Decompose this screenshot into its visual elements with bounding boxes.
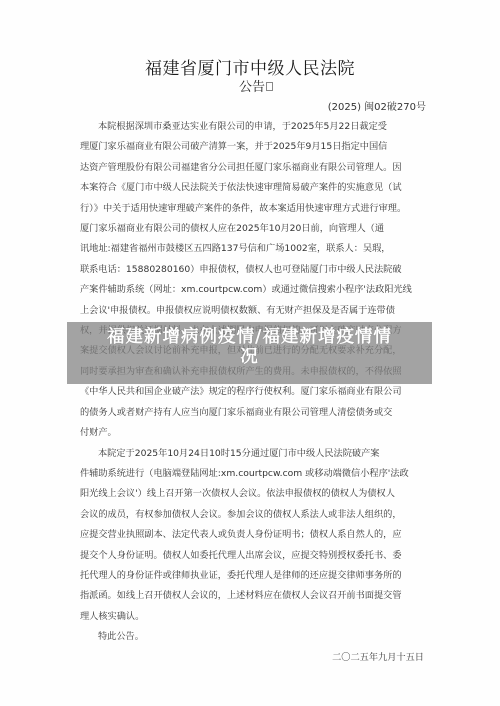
body-line: 上会议'申报债权。申报债权应说明债权数额、有无财产担保及是否属于连带债 [80, 301, 430, 321]
body-line: 厦门家乐福商业有限公司的债权人应在2025年10月20日前，向管理人（通 [80, 219, 430, 239]
headline-overlay: 福建新增病例疫情/福建新增疫情情 况 [67, 322, 432, 367]
notice-body: 本院根据深圳市桑亚达实业有限公司的申请，于2025年5月22日裁定受 理厦门家乐… [80, 117, 430, 668]
case-number: (2025) 闽02破270号 [328, 101, 426, 115]
body-line: 应提交营业执照副本、法定代表人或负责人身份证明书；债权人系自然人的，应 [80, 525, 430, 545]
court-name: 福建省厦门市中级人民法院 [0, 58, 500, 80]
body-line: 《中华人民共和国企业破产法》规定的程序行使权利。厦门家乐福商业有限公司 [80, 382, 430, 402]
headline-line-2: 况 [67, 347, 432, 367]
notice-title: 公告 [0, 80, 500, 96]
body-line: 理人核实确认。 [80, 607, 430, 627]
body-line: 托代理人的身份证件或律师执业证，委托代理人是律师的还应提交律师事务所的 [80, 566, 430, 586]
body-line: 付财产。 [80, 423, 430, 443]
body-line: 联系电话：15880280160）申报债权，债权人也可登陆厦门市中级人民法院破 [80, 260, 430, 280]
issue-date: 二〇二五年九月十五日 [80, 648, 430, 668]
body-line: 理厦门家乐福商业有限公司破产清算一案，并于2025年9月15日指定中国信 [80, 137, 430, 157]
body-line: 本案符合《厦门市中级人民法院关于依法快速审理简易破产案件的实施意见（试 [80, 178, 430, 198]
headline-line-1: 福建新增病例疫情/福建新增疫情情 [67, 327, 432, 347]
body-line: 讯地址:福建省福州市鼓楼区五四路137号信和广场1002室，联系人：吴瑕， [80, 239, 430, 259]
notice-title-text: 公告 [239, 80, 265, 95]
missing-glyph-icon [266, 82, 273, 91]
body-line: 阳光线上会议'）线上召开第一次债权人会议。依法申报债权的债权人为债权人 [80, 484, 430, 504]
body-line: 本院根据深圳市桑亚达实业有限公司的申请，于2025年5月22日裁定受 [80, 117, 430, 137]
body-line: 件辅助系统进行（电脑端登陆网址:xm.courtpcw.com 或移动端微信小程… [80, 464, 430, 484]
body-line: 的债务人或者财产持有人应当向厦门家乐福商业有限公司管理人清偿债务或交 [80, 403, 430, 423]
body-line: 达资产管理股份有限公司福建省分公司担任厦门家乐福商业有限公司管理人。因 [80, 158, 430, 178]
body-line: 会议的成员，有权参加债权人会议。参加会议的债权人系法人或非法人组织的， [80, 505, 430, 525]
document-page: 福建省厦门市中级人民法院 公告 (2025) 闽02破270号 本院根据深圳市桑… [0, 0, 500, 706]
body-line: 指派函。如线上召开债权人会议的，上述材料应在债权人会议召开前书面提交管 [80, 586, 430, 606]
closing-line: 特此公告。 [80, 627, 430, 647]
body-line: 行）》中关于适用快速审理破产案件的条件，故本案适用快速审理方式进行审理。 [80, 199, 430, 219]
body-line: 提交个人身份证明。债权人如委托代理人出席会议，应提交特别授权委托书、委 [80, 546, 430, 566]
body-line: 本院定于2025年10月24日10时15分通过厦门市中级人民法院破产案 [80, 444, 430, 464]
body-line: 产案件辅助系统（网址：xm.courtpcw.com）或通过微信搜索小程序'法政… [80, 280, 430, 300]
